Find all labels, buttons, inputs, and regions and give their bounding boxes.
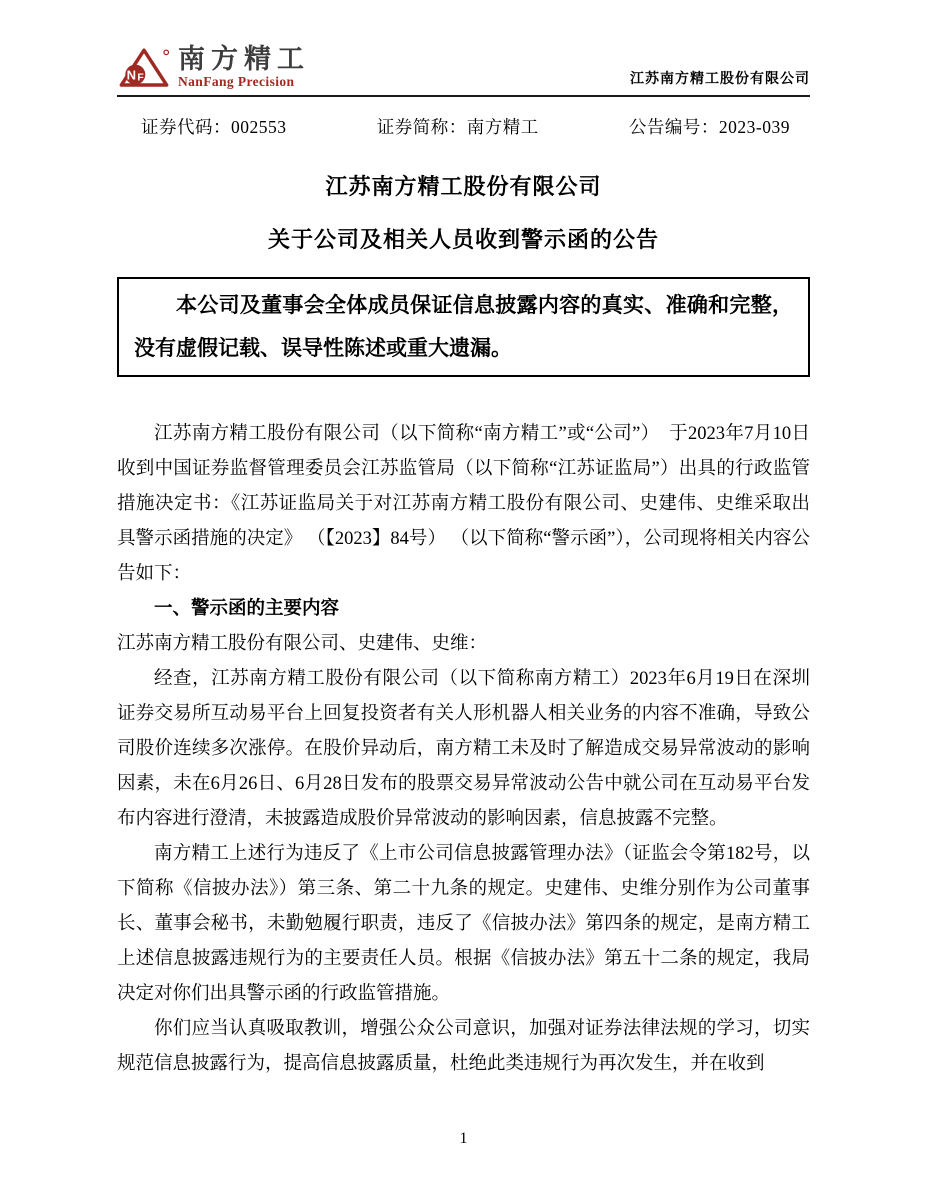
paragraph-requirement: 你们应当认真吸取教训，增强公众公司意识，加强对证券法律法规的学习，切实规范信息披… [117,1012,810,1082]
stock-name-item: 证券简称：南方精工 [377,114,539,139]
svg-text:N: N [127,67,136,82]
company-logo: N F 南方精工 NanFang Precision [117,45,310,92]
announcement-title-line1: 江苏南方精工股份有限公司 [117,170,810,201]
page-number: 1 [0,1130,927,1148]
stock-code-label: 证券代码： [141,117,231,137]
announcement-no-label: 公告编号： [629,117,719,137]
paragraph-findings: 经查，江苏南方精工股份有限公司（以下简称南方精工）2023年6月19日在深圳证券… [117,662,810,837]
logo-cn-name: 南方精工 [178,45,310,73]
paragraph-violation: 南方精工上述行为违反了《上市公司信息披露管理办法》（证监会令第182号，以下简称… [117,837,810,1012]
document-content: N F 南方精工 NanFang Precision 江苏南方精工股份有限公司 … [117,0,810,1082]
svg-text:F: F [137,73,143,84]
logo-en-name: NanFang Precision [178,74,310,90]
header-company-name: 江苏南方精工股份有限公司 [630,68,810,92]
nanfang-triangle-nf-icon: N F [117,45,171,92]
salutation-line: 江苏南方精工股份有限公司、史建伟、史维： [117,627,810,662]
securities-info-row: 证券代码：002553 证券简称：南方精工 公告编号：2023-039 [117,114,810,139]
announcement-no-value: 2023-039 [719,117,790,137]
logo-wordmark: 南方精工 NanFang Precision [178,45,310,90]
stock-code-value: 002553 [231,117,287,137]
disclaimer-text: 本公司及董事会全体成员保证信息披露内容的真实、准确和完整，没有虚假记载、误导性陈… [134,284,793,370]
stock-code-item: 证券代码：002553 [141,114,287,139]
stock-name-value: 南方精工 [467,117,539,137]
announcement-body: 江苏南方精工股份有限公司（以下简称“南方精工”或“公司”） 于2023年7月10… [117,417,810,1082]
document-page: N F 南方精工 NanFang Precision 江苏南方精工股份有限公司 … [0,0,927,1200]
stock-name-label: 证券简称： [377,117,467,137]
disclaimer-box: 本公司及董事会全体成员保证信息披露内容的真实、准确和完整，没有虚假记载、误导性陈… [117,277,810,377]
announcement-title-line2: 关于公司及相关人员收到警示函的公告 [117,223,810,254]
paragraph-intro: 江苏南方精工股份有限公司（以下简称“南方精工”或“公司”） 于2023年7月10… [117,417,810,592]
document-header: N F 南方精工 NanFang Precision 江苏南方精工股份有限公司 [117,0,810,97]
section1-heading: 一、警示函的主要内容 [117,592,810,627]
announcement-no-item: 公告编号：2023-039 [629,114,790,139]
